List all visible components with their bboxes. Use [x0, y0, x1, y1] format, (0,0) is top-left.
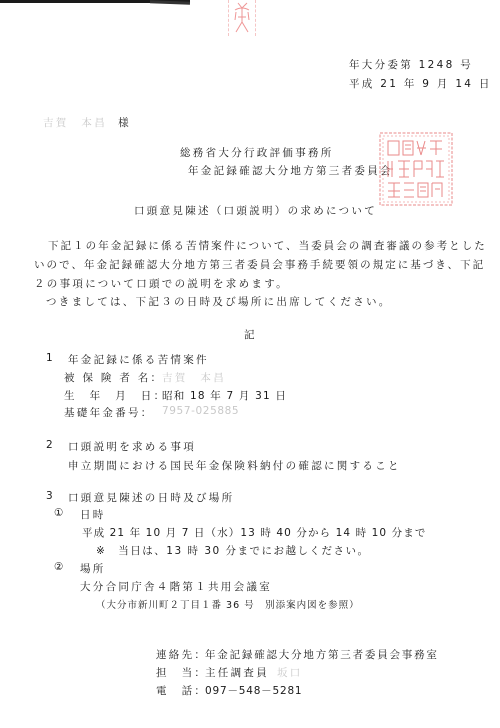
scan-edge-mark	[150, 0, 190, 4]
arrival-note: ※ 当日は、13 時 30 分までにお越しください。	[96, 543, 370, 558]
birthdate-value: 昭和 18 年 7 月 31 日	[162, 388, 287, 403]
place-address: （大分市新川町２丁目１番 36 号 別添案内図を参照）	[96, 597, 360, 611]
body-paragraph-1-line-1: 下記１の年金記録に係る苦情案件について、当委員会の調査審議の参考とした	[48, 238, 487, 253]
contact-value: 年金記録確認大分地方第三者委員会事務室	[205, 647, 439, 662]
datetime-value: 平成 21 年 10 月 7 日（水）13 時 40 分から 14 時 10 分…	[82, 525, 426, 540]
body-paragraph-1-line-2: いので、年金記録確認大分地方第三者委員会事務手続要領の規定に基づき、下記	[34, 257, 485, 272]
section-3-number: 3	[46, 490, 55, 502]
sender-office: 総務省大分行政評価事務所	[180, 145, 334, 160]
subject-title: 口頭意見陳述（口頭説明）の求めについて	[134, 203, 377, 218]
birthdate-label: 生 年 月 日：	[64, 388, 166, 403]
place-marker: ②	[54, 561, 66, 573]
contact-label: 連絡先：	[156, 647, 207, 662]
section-1-title: 年金記録に係る苦情案件	[68, 352, 209, 367]
section-1-number: 1	[46, 352, 55, 364]
phone-value: 097－548－5281	[205, 683, 302, 698]
body-paragraph-2: つきましては、下記３の日時及び場所に出席してください。	[46, 294, 392, 309]
section-2-number: 2	[46, 439, 55, 451]
section-2-content: 申立期間における国民年金保険料納付の確認に関すること	[68, 458, 401, 473]
place-label: 場所	[80, 561, 106, 576]
person-in-charge-name: 坂口	[277, 665, 303, 680]
addressee-honorific: 様	[118, 117, 131, 129]
pension-number-label: 基礎年金番号：	[64, 405, 154, 420]
insured-name-label: 被 保 険 者 名：	[64, 370, 163, 385]
document-number: 年大分委第 1248 号	[349, 57, 473, 72]
seal-square-icon	[378, 131, 454, 207]
addressee-name: 吉賀 本昌	[43, 117, 107, 129]
person-in-charge-label: 担 当：	[156, 665, 207, 680]
person-in-charge-title: 主任調査員	[205, 665, 269, 680]
ki-heading: 記	[244, 327, 257, 342]
phone-label: 電 話：	[156, 683, 207, 698]
insured-name-value: 吉賀 本昌	[162, 370, 226, 385]
place-value: 大分合同庁舎４階第１共用会議室	[80, 579, 272, 594]
document-date: 平成 21 年 9 月 14 日	[349, 76, 492, 91]
datetime-label: 日時	[80, 507, 106, 522]
committee-seal-stamp	[378, 131, 454, 207]
addressee: 吉賀 本昌 様	[43, 111, 131, 130]
section-3-title: 口頭意見陳述の日時及び場所	[68, 490, 234, 505]
seal-glyph-icon	[229, 0, 255, 36]
pension-number-value: 7957-025885	[162, 405, 239, 417]
datetime-marker: ①	[54, 507, 66, 519]
top-seal-stamp	[228, 0, 256, 36]
body-paragraph-1-line-3: ２の事項について口頭での説明を求めます。	[34, 276, 289, 291]
section-2-title: 口頭説明を求める事項	[68, 439, 196, 454]
sender-committee: 年金記録確認大分地方第三者委員会	[188, 163, 393, 178]
